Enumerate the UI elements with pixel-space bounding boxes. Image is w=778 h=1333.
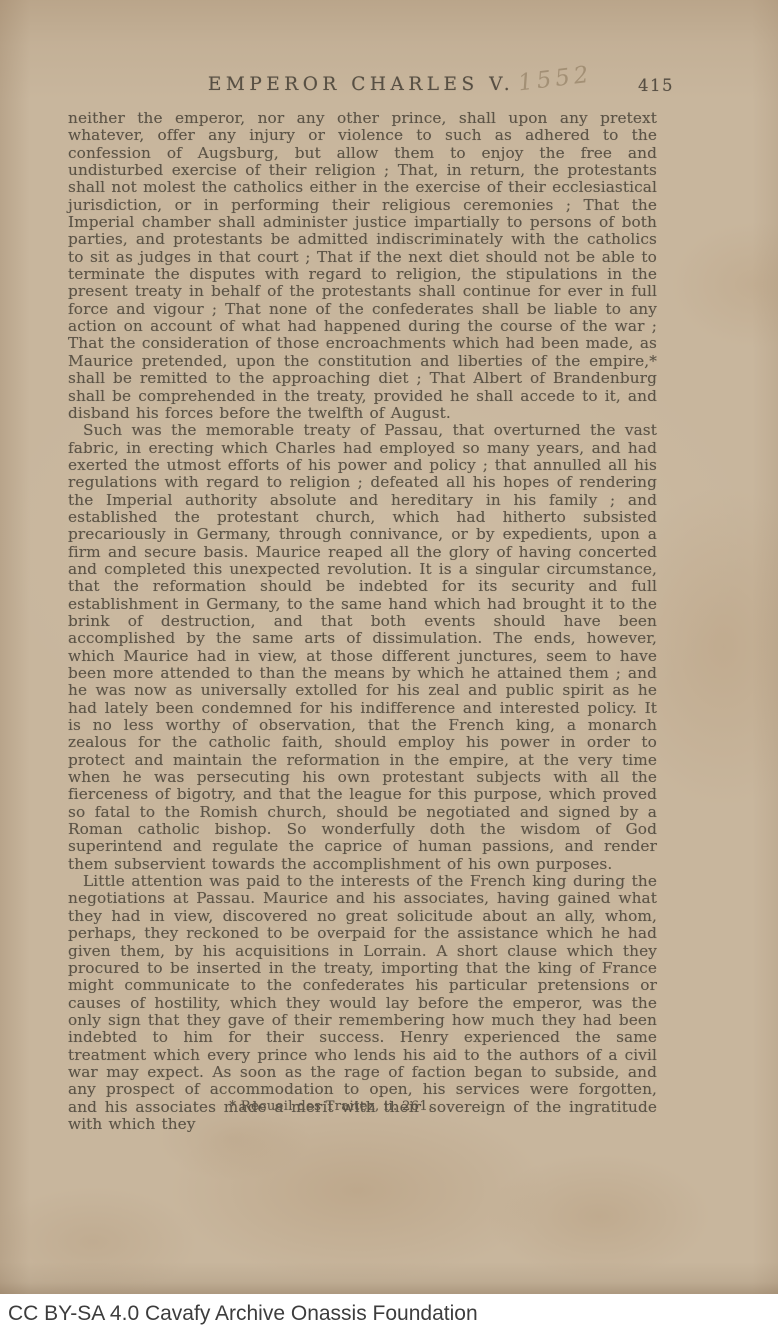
- page-body: neither the emperor, nor any other princ…: [68, 110, 657, 1133]
- book-page-scan: EMPEROR CHARLES V. 1552 415 neither the …: [0, 0, 778, 1294]
- footnote-citation: * Recueil des Traitez, ii. 261.: [0, 1099, 662, 1114]
- handwritten-year-annotation: 1552: [517, 62, 594, 97]
- screenshot-root: EMPEROR CHARLES V. 1552 415 neither the …: [0, 0, 778, 1333]
- attribution-license-text: CC BY-SA 4.0 Cavafy Archive Onassis Foun…: [8, 1302, 478, 1326]
- running-header: EMPEROR CHARLES V. 1552 415: [0, 74, 778, 100]
- attribution-bar: CC BY-SA 4.0 Cavafy Archive Onassis Foun…: [0, 1294, 778, 1333]
- paragraph-french-king-interests: Little attention was paid to the interes…: [68, 873, 657, 1133]
- paragraph-treaty-articles: neither the emperor, nor any other princ…: [68, 110, 657, 422]
- paragraph-treaty-of-passau: Such was the memorable treaty of Passau,…: [68, 422, 657, 873]
- running-header-title: EMPEROR CHARLES V.: [208, 74, 514, 95]
- page-number: 415: [638, 76, 674, 95]
